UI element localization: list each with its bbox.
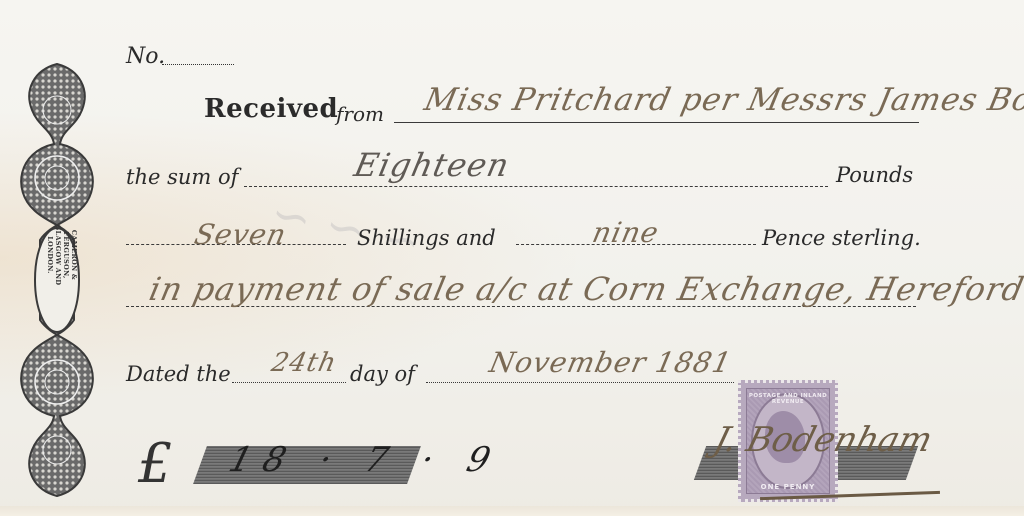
pound-sign-icon: £ [138,432,172,495]
printer-imprint: CAMERON & FERGUSON, GLASGOW AND LONDON. [38,223,78,287]
month-year: November 1881 [486,346,734,379]
stamp-value-text: ONE PENNY [741,483,835,491]
month-line [426,382,734,383]
stamp-top-text: POSTAGE AND INLAND REVENUE [741,393,835,405]
dated-label: Dated the [126,362,231,386]
day-line [232,382,346,383]
payer-line [394,122,919,123]
purpose-text: in payment of sale a/c at Corn Exchange,… [146,270,1024,308]
pence-words: nine [589,216,662,249]
shillings-label: Shillings and [357,226,496,250]
amount-figures: 18 · 7 · 9 [225,440,507,480]
shillings-words: Seven [191,218,289,251]
sum-label: the sum of [126,165,238,189]
pence-label: Pence sterling. [762,226,921,250]
imprint-line-2: GLASGOW AND [54,223,62,287]
number-field [162,64,234,65]
day-of-label: day of [350,362,415,386]
pounds-words: Eighteen [351,146,513,184]
paper-edge [0,506,1024,516]
payer-name: Miss Pritchard per Messrs James Bodenham [421,82,1024,118]
number-label: No. [126,44,165,69]
pounds-label: Pounds [836,163,913,187]
day-value: 24th [269,348,340,378]
imprint-line-1: CAMERON & FERGUSON, [62,223,78,287]
from-label: from [336,102,384,126]
received-heading: Received [204,94,338,124]
signature: J. Bodenham [710,420,937,460]
pounds-line [244,186,828,187]
imprint-line-3: LONDON. [46,223,54,287]
